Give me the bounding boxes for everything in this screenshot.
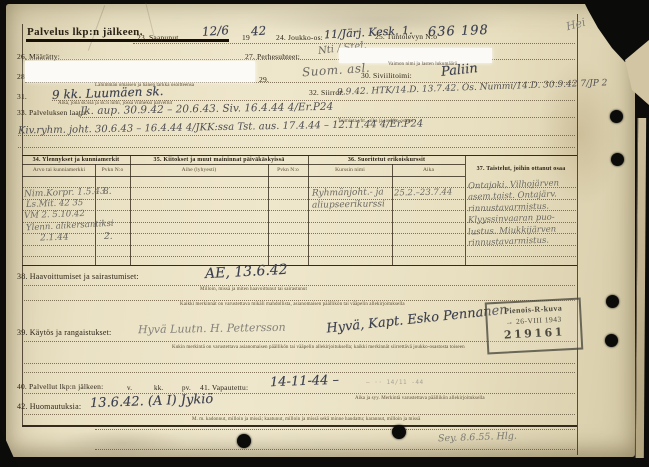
title-underline: [26, 39, 229, 42]
promotion-entry: VM 2. 5.10.42: [24, 209, 85, 221]
rule-line: [22, 300, 575, 301]
field-23-year-print: 19: [242, 33, 250, 42]
table-row-line: [23, 256, 576, 257]
field-39-label: 39. Käytös ja rangaistukset:: [17, 328, 111, 337]
field-31-label: 31.: [17, 92, 27, 101]
rule-line: [95, 449, 575, 450]
rule-line: [22, 393, 575, 394]
rule-line: [22, 372, 575, 373]
bottom-border-line: [22, 425, 577, 427]
table-subheader-line: [22, 176, 465, 177]
table-34-col2: Pvkn N:o: [95, 167, 130, 173]
field-42-note: M. m. kadonnut, milloin ja missä; kaatun…: [192, 417, 420, 422]
rule-line: [22, 285, 575, 286]
rule-line: [18, 147, 575, 148]
field-40-months: kk.: [154, 384, 163, 392]
table-header-line: [22, 164, 465, 165]
torn-corner: [540, 0, 649, 110]
promotion-entry: Ls.Mit. 42 35: [26, 198, 84, 210]
field-24-label: 24. Joukko-os:: [276, 33, 323, 42]
table-subcolumn-line: [392, 164, 393, 265]
redaction-box: [25, 61, 255, 82]
punch-hole: [605, 334, 618, 347]
field-39-note: Kukin merkintä on varustettava asianomai…: [172, 345, 465, 350]
course-name-line2: aliupseerikurssi: [312, 199, 385, 210]
left-border-line: [22, 24, 23, 425]
table-36-col2: Aika: [392, 167, 465, 173]
field-26-label: 26. Määrätty:: [17, 52, 60, 61]
field-29-label: 29.: [259, 75, 269, 84]
field-38-note: Milloin, missä ja miten haavoittunut tai…: [200, 287, 307, 292]
promotion-entry-no: 8.: [103, 187, 112, 197]
table-35-header: 35. Kiitokset ja muut maininnat päiväkäs…: [130, 157, 308, 163]
punch-hole: [392, 425, 406, 439]
table-36-header: 36. Suoritetut erikoiskurssit: [308, 157, 465, 163]
bottom-left-notch: [0, 425, 20, 467]
underlying-page-edge: [635, 118, 646, 458]
field-25-value: 636 198: [428, 23, 489, 40]
course-name-line1: Ryhmänjoht.- ja: [312, 187, 384, 198]
punch-hole: [610, 110, 623, 123]
table-bottom-line: [22, 265, 577, 266]
table-37-header: 37. Taistelut, joihin ottanut osaa: [465, 166, 577, 172]
rule-line: [18, 135, 575, 136]
table-35-col1: Aihe (lyhyesti): [130, 167, 268, 173]
field-41-label: 41. Vapautettu:: [200, 383, 248, 392]
field-41-typed-note: — ·· 14/11 -44: [366, 379, 424, 386]
field-23-value: 12/6: [202, 23, 230, 39]
rule-line: [22, 363, 575, 364]
field-38-note2: Kaikki merkinnät on varustettava mikäli …: [180, 302, 405, 307]
field-40-years: v.: [127, 384, 132, 392]
photo-registration-stamp: Pienois-R-kuva → 26-VIII 1943 219161: [485, 298, 584, 355]
promotion-entry-no: 2.: [104, 232, 113, 242]
field-39-pencil-entry: Hyvä Luutn. H. Pettersson: [138, 321, 286, 337]
table-35-col2: Pvkn N:o: [268, 167, 308, 173]
punch-hole: [606, 295, 619, 308]
field-23-label: 23. Saapunut: [137, 33, 179, 42]
table-34-header: 34. Ylennykset ja kunniamerkit: [22, 157, 130, 163]
form-title: Palvelus lkp:n jälkeen.: [27, 26, 143, 38]
field-33-label: 33. Palveluksen laatu:: [17, 108, 87, 117]
table-subcolumn-line: [268, 164, 269, 265]
field-41-value: 14-11-44 –: [270, 373, 340, 390]
stamp-number: 219161: [488, 325, 581, 343]
field-23-year-value: 42: [251, 23, 267, 38]
field-30-label: 30. Siviilitoimi:: [361, 71, 412, 80]
punch-hole: [237, 434, 251, 448]
punch-hole: [611, 153, 624, 166]
rule-line: [95, 429, 575, 430]
promotion-entry: 2.1.44: [40, 233, 69, 244]
table-subcolumn-line: [95, 164, 96, 265]
field-42-label: 42. Huomautuksia:: [17, 402, 81, 411]
scanned-service-card: Palvelus lkp:n jälkeen. 23. Saapunut 12/…: [0, 0, 649, 467]
rule-line: [22, 414, 575, 415]
rule-line: [80, 117, 575, 118]
field-40-days: pv.: [182, 384, 191, 392]
table-36-col1: Kurssin nimi: [308, 167, 392, 173]
course-dates: 25.2.–23.7.44: [394, 187, 452, 198]
field-27-label: 27. Perhesuhteet:: [245, 52, 300, 61]
field-41-note: Aika ja syy. Merkintä varustettava pääll…: [355, 396, 485, 401]
field-40-label: 40. Palvellut lkp:n jälkeen:: [17, 382, 103, 391]
table-34-col1: Arvo tai kunniamerkki: [23, 167, 95, 173]
table-top-line: [22, 155, 577, 156]
field-38-label: 38. Haavoittumiset ja sairastumiset:: [17, 272, 139, 281]
